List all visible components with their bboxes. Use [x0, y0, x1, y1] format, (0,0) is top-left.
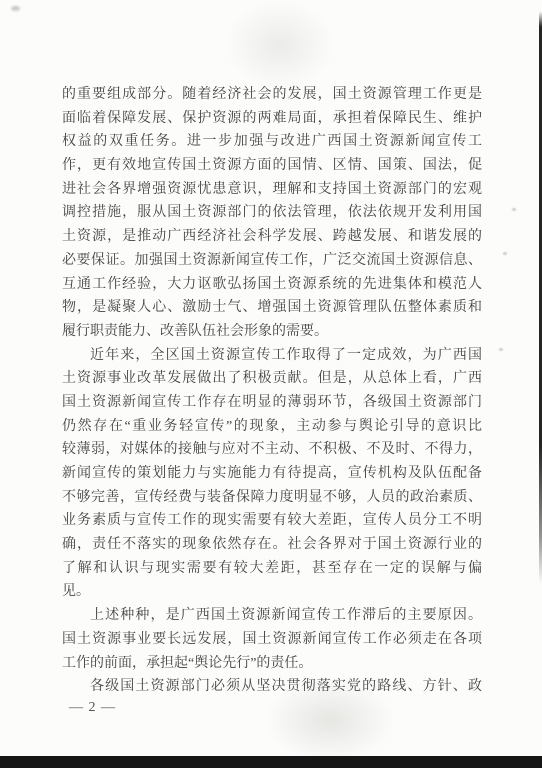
text-line: 上述种种，是广西国土资源新闻宣传工作滞后的主要原因。 — [62, 604, 482, 628]
page-number: — 2 — — [69, 700, 116, 716]
text-line: 面临着保障发展、保护资源的两难局面，承担着保障民生、维护 — [62, 107, 482, 131]
text-line: 的重要组成部分。随着经济社会的发展，国土资源管理工作更是 — [62, 83, 482, 107]
text-line: 较薄弱，对媒体的接触与应对不主动、不积极、不及时、不得力， — [62, 438, 482, 462]
text-line: 必要保证。加强国土资源新闻宣传工作，广泛交流国土资源信息、 — [62, 249, 482, 273]
text-line: 土资源事业改革发展做出了积极贡献。但是，从总体上看，广西 — [62, 367, 482, 391]
scan-dust-speck — [503, 252, 507, 255]
text-line: 工作的前面，承担起“舆论先行”的责任。 — [62, 652, 482, 676]
text-line: 履行职责能力、改善队伍社会形象的需要。 — [62, 320, 482, 344]
text-line: 土资源，是推动广西经济社会科学发展、跨越发展、和谐发展的 — [62, 225, 482, 249]
text-line: 近年来，全区国土资源宣传工作取得了一定成效，为广西国 — [62, 344, 482, 368]
text-line: 权益的双重任务。进一步加强与改进广西国土资源新闻宣传工 — [62, 130, 482, 154]
text-line: 国土资源事业要长远发展，国土资源新闻宣传工作必须走在各项 — [62, 628, 482, 652]
text-line: 了解和认识与现实需要有较大差距，甚至存在一定的误解与偏 — [62, 557, 482, 581]
ink-bleed-smudge-top — [225, 0, 335, 90]
text-line: 进社会各界增强资源忧患意识，理解和支持国土资源部门的宏观 — [62, 178, 482, 202]
scan-edge-bottom-artifact — [0, 756, 542, 768]
text-line: 作，更有效地宣传国土资源方面的国情、区情、国策、国法，促 — [62, 154, 482, 178]
scan-speck — [11, 6, 20, 11]
body-text-block: 的重要组成部分。随着经济社会的发展，国土资源管理工作更是面临着保障发展、保护资源… — [62, 83, 482, 699]
text-line: 各级国土资源部门必须从坚决贯彻落实党的路线、方针、政 — [62, 675, 482, 699]
scanned-page: 的重要组成部分。随着经济社会的发展，国土资源管理工作更是面临着保障发展、保护资源… — [0, 0, 542, 768]
scan-dust-speck — [499, 348, 503, 351]
scan-dust-speck — [512, 208, 516, 211]
text-line: 确，责任不落实的现象依然存在。社会各界对于国土资源行业的 — [62, 533, 482, 557]
text-line: 新闻宣传的策划能力与实施能力有待提高，宣传机构及队伍配备 — [62, 462, 482, 486]
text-line: 不够完善，宣传经费与装备保障力度明显不够，人员的政治素质、 — [62, 486, 482, 510]
text-line: 业务素质与宣传工作的现实需要有较大差距，宣传人员分工不明 — [62, 509, 482, 533]
text-line: 仍然存在“重业务轻宣传”的现象，主动参与舆论引导的意识比 — [62, 415, 482, 439]
text-line: 互通工作经验，大力讴歌弘扬国土资源系统的先进集体和模范人 — [62, 273, 482, 297]
text-line: 调控措施，服从国土资源部门的依法管理，依法依规开发利用国 — [62, 201, 482, 225]
text-line: 物，是凝聚人心、激励士气、增强国土资源管理队伍整体素质和 — [62, 296, 482, 320]
text-line: 国土资源新闻宣传工作存在明显的薄弱环节，各级国土资源部门 — [62, 391, 482, 415]
text-line: 见。 — [62, 580, 482, 604]
